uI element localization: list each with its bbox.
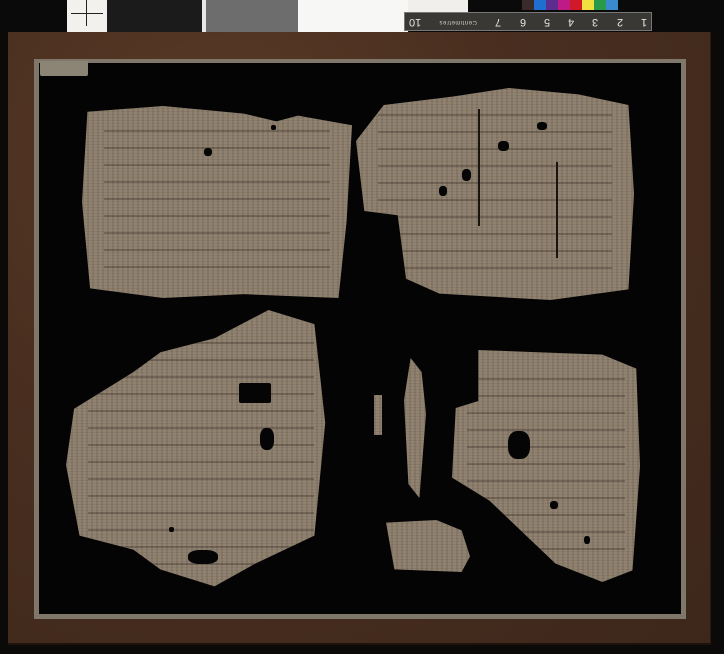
ruler-label: Centimetres — [439, 19, 477, 25]
ruler-number: 1 — [641, 16, 647, 28]
papyrus-strip-tiny — [374, 395, 382, 435]
black-swatch — [107, 0, 202, 32]
color-swatch — [606, 0, 618, 10]
grey-swatch — [206, 0, 298, 32]
ruler-number: 5 — [544, 16, 550, 28]
color-swatch — [522, 0, 534, 10]
color-swatch — [546, 0, 558, 10]
color-swatch — [558, 0, 570, 10]
ruler-number: 4 — [568, 16, 574, 28]
crosshair-target — [67, 0, 107, 32]
ruler-number: 10 — [409, 16, 421, 28]
color-swatch — [570, 0, 582, 10]
color-swatch — [594, 0, 606, 10]
ruler-number: 7 — [495, 16, 501, 28]
ruler-number: 3 — [592, 16, 598, 28]
color-swatch — [534, 0, 546, 10]
color-bar — [522, 0, 618, 10]
centimetre-ruler: 10 Centimetres 7 6 5 4 3 2 1 — [404, 12, 652, 31]
color-swatch — [582, 0, 594, 10]
corner-tape — [40, 61, 88, 76]
white-swatch — [298, 0, 408, 32]
papyrus-fragment-top-left — [82, 106, 352, 298]
ruler-number: 2 — [617, 16, 623, 28]
ruler-number: 6 — [520, 16, 526, 28]
